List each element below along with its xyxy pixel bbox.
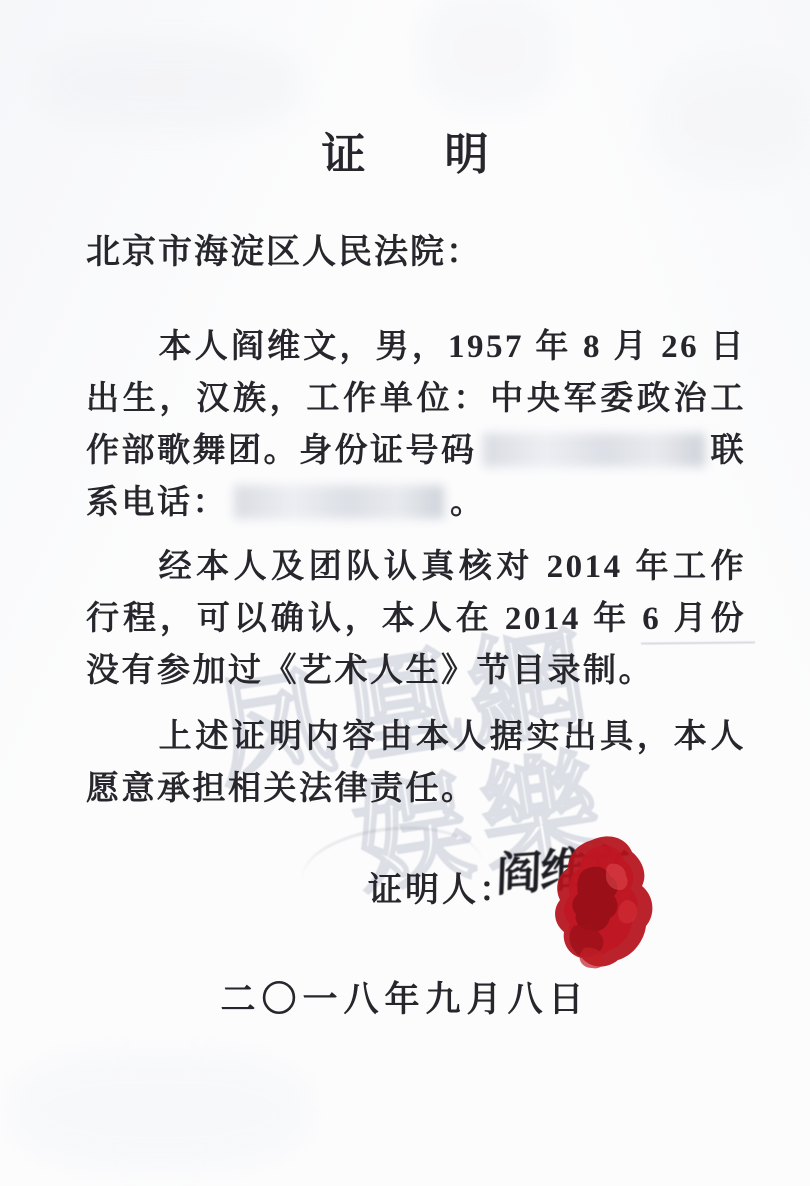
signer-label: 证明人： xyxy=(368,872,516,909)
scan-blotch xyxy=(40,40,300,130)
document-title: 证 明 xyxy=(0,118,810,182)
paragraph1-text: 电话： xyxy=(122,485,229,521)
id-number-redaction xyxy=(483,433,705,467)
scan-blotch xyxy=(420,0,560,110)
paragraph-responsibility: 上述证明内容由本人据实出具，本人愿意承担相关法律责任。 xyxy=(86,711,746,815)
paragraph-statement: 经本人及团队认真核对 2014 年工作行程，可以确认，本人在 2014 年 6 … xyxy=(86,541,746,697)
paragraph1-text: 。 xyxy=(450,485,486,521)
scan-blotch xyxy=(10,1050,310,1170)
paragraph-personal-info: 本人阎维文，男，1957 年 8 月 26 日出生，汉族，工作单位：中央军委政治… xyxy=(86,321,746,529)
recipient-line: 北京市海淀区人民法院： xyxy=(86,224,756,273)
date-line: 二〇一八年九月八日 xyxy=(0,972,810,1022)
red-thumbprint-seal xyxy=(514,830,664,972)
scanned-certificate-page: 凤凰網 娱樂 证 明 北京市海淀区人民法院： 本人阎维文，男，1957 年 8 … xyxy=(0,0,810,1186)
signer-block: 证明人： 阎维文 xyxy=(368,862,516,911)
phone-number-redaction xyxy=(234,485,444,519)
